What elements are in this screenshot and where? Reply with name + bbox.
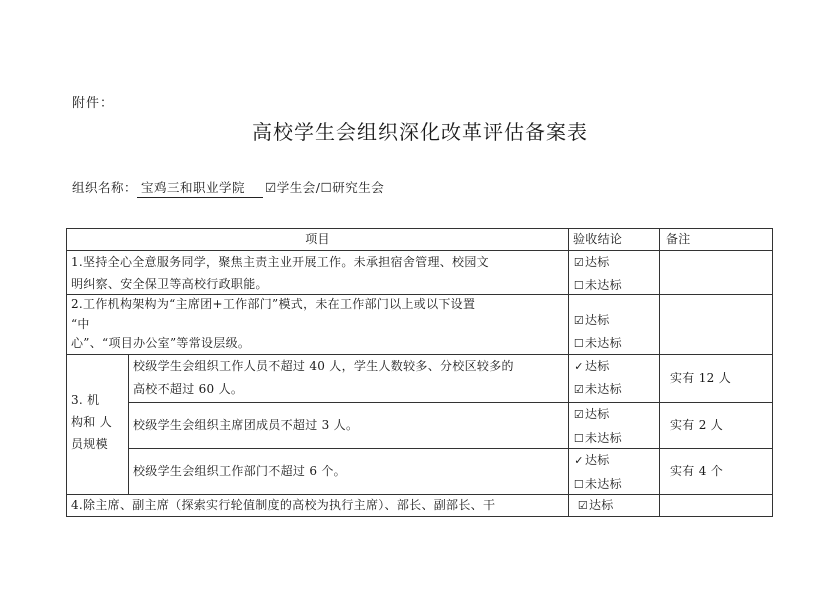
row-3a-conclusion: ✓达标 ☑未达标	[569, 355, 659, 402]
empty-box-icon: ☐	[573, 428, 585, 451]
pass-option[interactable]: ☑达标	[577, 495, 655, 516]
empty-box-icon: ☐	[320, 180, 332, 195]
pass-option[interactable]: ✓达标	[573, 449, 655, 473]
assessment-table: 项目 验收结论 备注 1.坚持全心全意服务同学，聚焦主责主业开展工作。未承担宿舍…	[66, 228, 773, 517]
row-1-conclusion: ☑达标 ☐未达标	[569, 251, 659, 294]
pass-option[interactable]: ☑达标	[573, 309, 655, 332]
checked-box-icon: ☑	[573, 310, 585, 332]
row-3-group-label: 3. 机 构和 人 员规模	[67, 355, 128, 494]
fail-option[interactable]: ☑未达标	[573, 378, 655, 401]
row-1-note[interactable]	[660, 251, 772, 294]
empty-box-icon: ☐	[573, 474, 585, 497]
organization-line: 组织名称： 宝鸡三和职业学院 ☑学生会 / ☐研究生会	[72, 178, 384, 198]
fail-option[interactable]: ☐未达标	[573, 274, 655, 297]
row-3b-note[interactable]: 实有 2 人	[660, 403, 772, 448]
header-note: 备注	[660, 229, 772, 250]
header-conclusion: 验收结论	[569, 229, 659, 250]
attachment-label: 附件：	[72, 92, 114, 111]
row-3b-conclusion: ☑达标 ☐未达标	[569, 403, 659, 448]
checked-box-icon: ☑	[573, 378, 585, 401]
row-4-item: 4.除主席、副主席（探索实行轮值制度的高校为执行主席）、部长、副部长、干	[67, 495, 568, 516]
fail-option[interactable]: ☐未达标	[573, 473, 655, 497]
row-3a-note[interactable]: 实有 12 人	[660, 355, 772, 402]
row-1-item: 1.坚持全心全意服务同学，聚焦主责主业开展工作。未承担宿舍管理、校园文 明纠察、…	[67, 251, 568, 294]
org-type-graduate-union-checkbox[interactable]: ☐研究生会	[320, 178, 384, 196]
pass-option[interactable]: ✓达标	[573, 355, 655, 378]
row-3c-note[interactable]: 实有 4 个	[660, 449, 772, 494]
empty-box-icon: ☐	[573, 333, 585, 355]
checked-box-icon: ☑	[573, 404, 585, 427]
row-3c-conclusion: ✓达标 ☐未达标	[569, 449, 659, 494]
org-name-field[interactable]: 宝鸡三和职业学院	[137, 178, 263, 198]
header-item: 项目	[67, 229, 568, 250]
empty-box-icon: ☐	[573, 275, 585, 297]
pass-option[interactable]: ☑达标	[573, 251, 655, 274]
row-2-item: 2.工作机构架构为“主席团+工作部门”模式，未在工作部门以上或以下设置 “中 心…	[67, 295, 568, 354]
row-2-conclusion: ☑达标 ☐未达标	[569, 295, 659, 354]
checked-box-icon: ☑	[577, 495, 589, 516]
org-name-label: 组织名称：	[72, 178, 137, 196]
row-3a-item: 校级学生会组织工作人员不超过 40 人，学生人数较多、分校区较多的 高校不超过 …	[129, 355, 568, 402]
checkmark-icon: ✓	[573, 355, 585, 378]
org-type-student-union-checkbox[interactable]: ☑学生会	[265, 178, 316, 196]
fail-option[interactable]: ☐未达标	[573, 427, 655, 451]
page-title: 高校学生会组织深化改革评估备案表	[0, 116, 840, 145]
row-3c-item: 校级学生会组织工作部门不超过 6 个。	[129, 449, 568, 494]
row-3b-item: 校级学生会组织主席团成员不超过 3 人。	[129, 403, 568, 448]
row-2-note[interactable]	[660, 295, 772, 354]
fail-option[interactable]: ☐未达标	[573, 332, 655, 355]
checked-box-icon: ☑	[573, 252, 585, 274]
pass-option[interactable]: ☑达标	[573, 403, 655, 427]
row-4-conclusion: ☑达标	[569, 495, 659, 516]
row-4-note[interactable]	[660, 495, 772, 516]
checked-box-icon: ☑	[265, 180, 277, 195]
checkmark-icon: ✓	[573, 450, 585, 473]
